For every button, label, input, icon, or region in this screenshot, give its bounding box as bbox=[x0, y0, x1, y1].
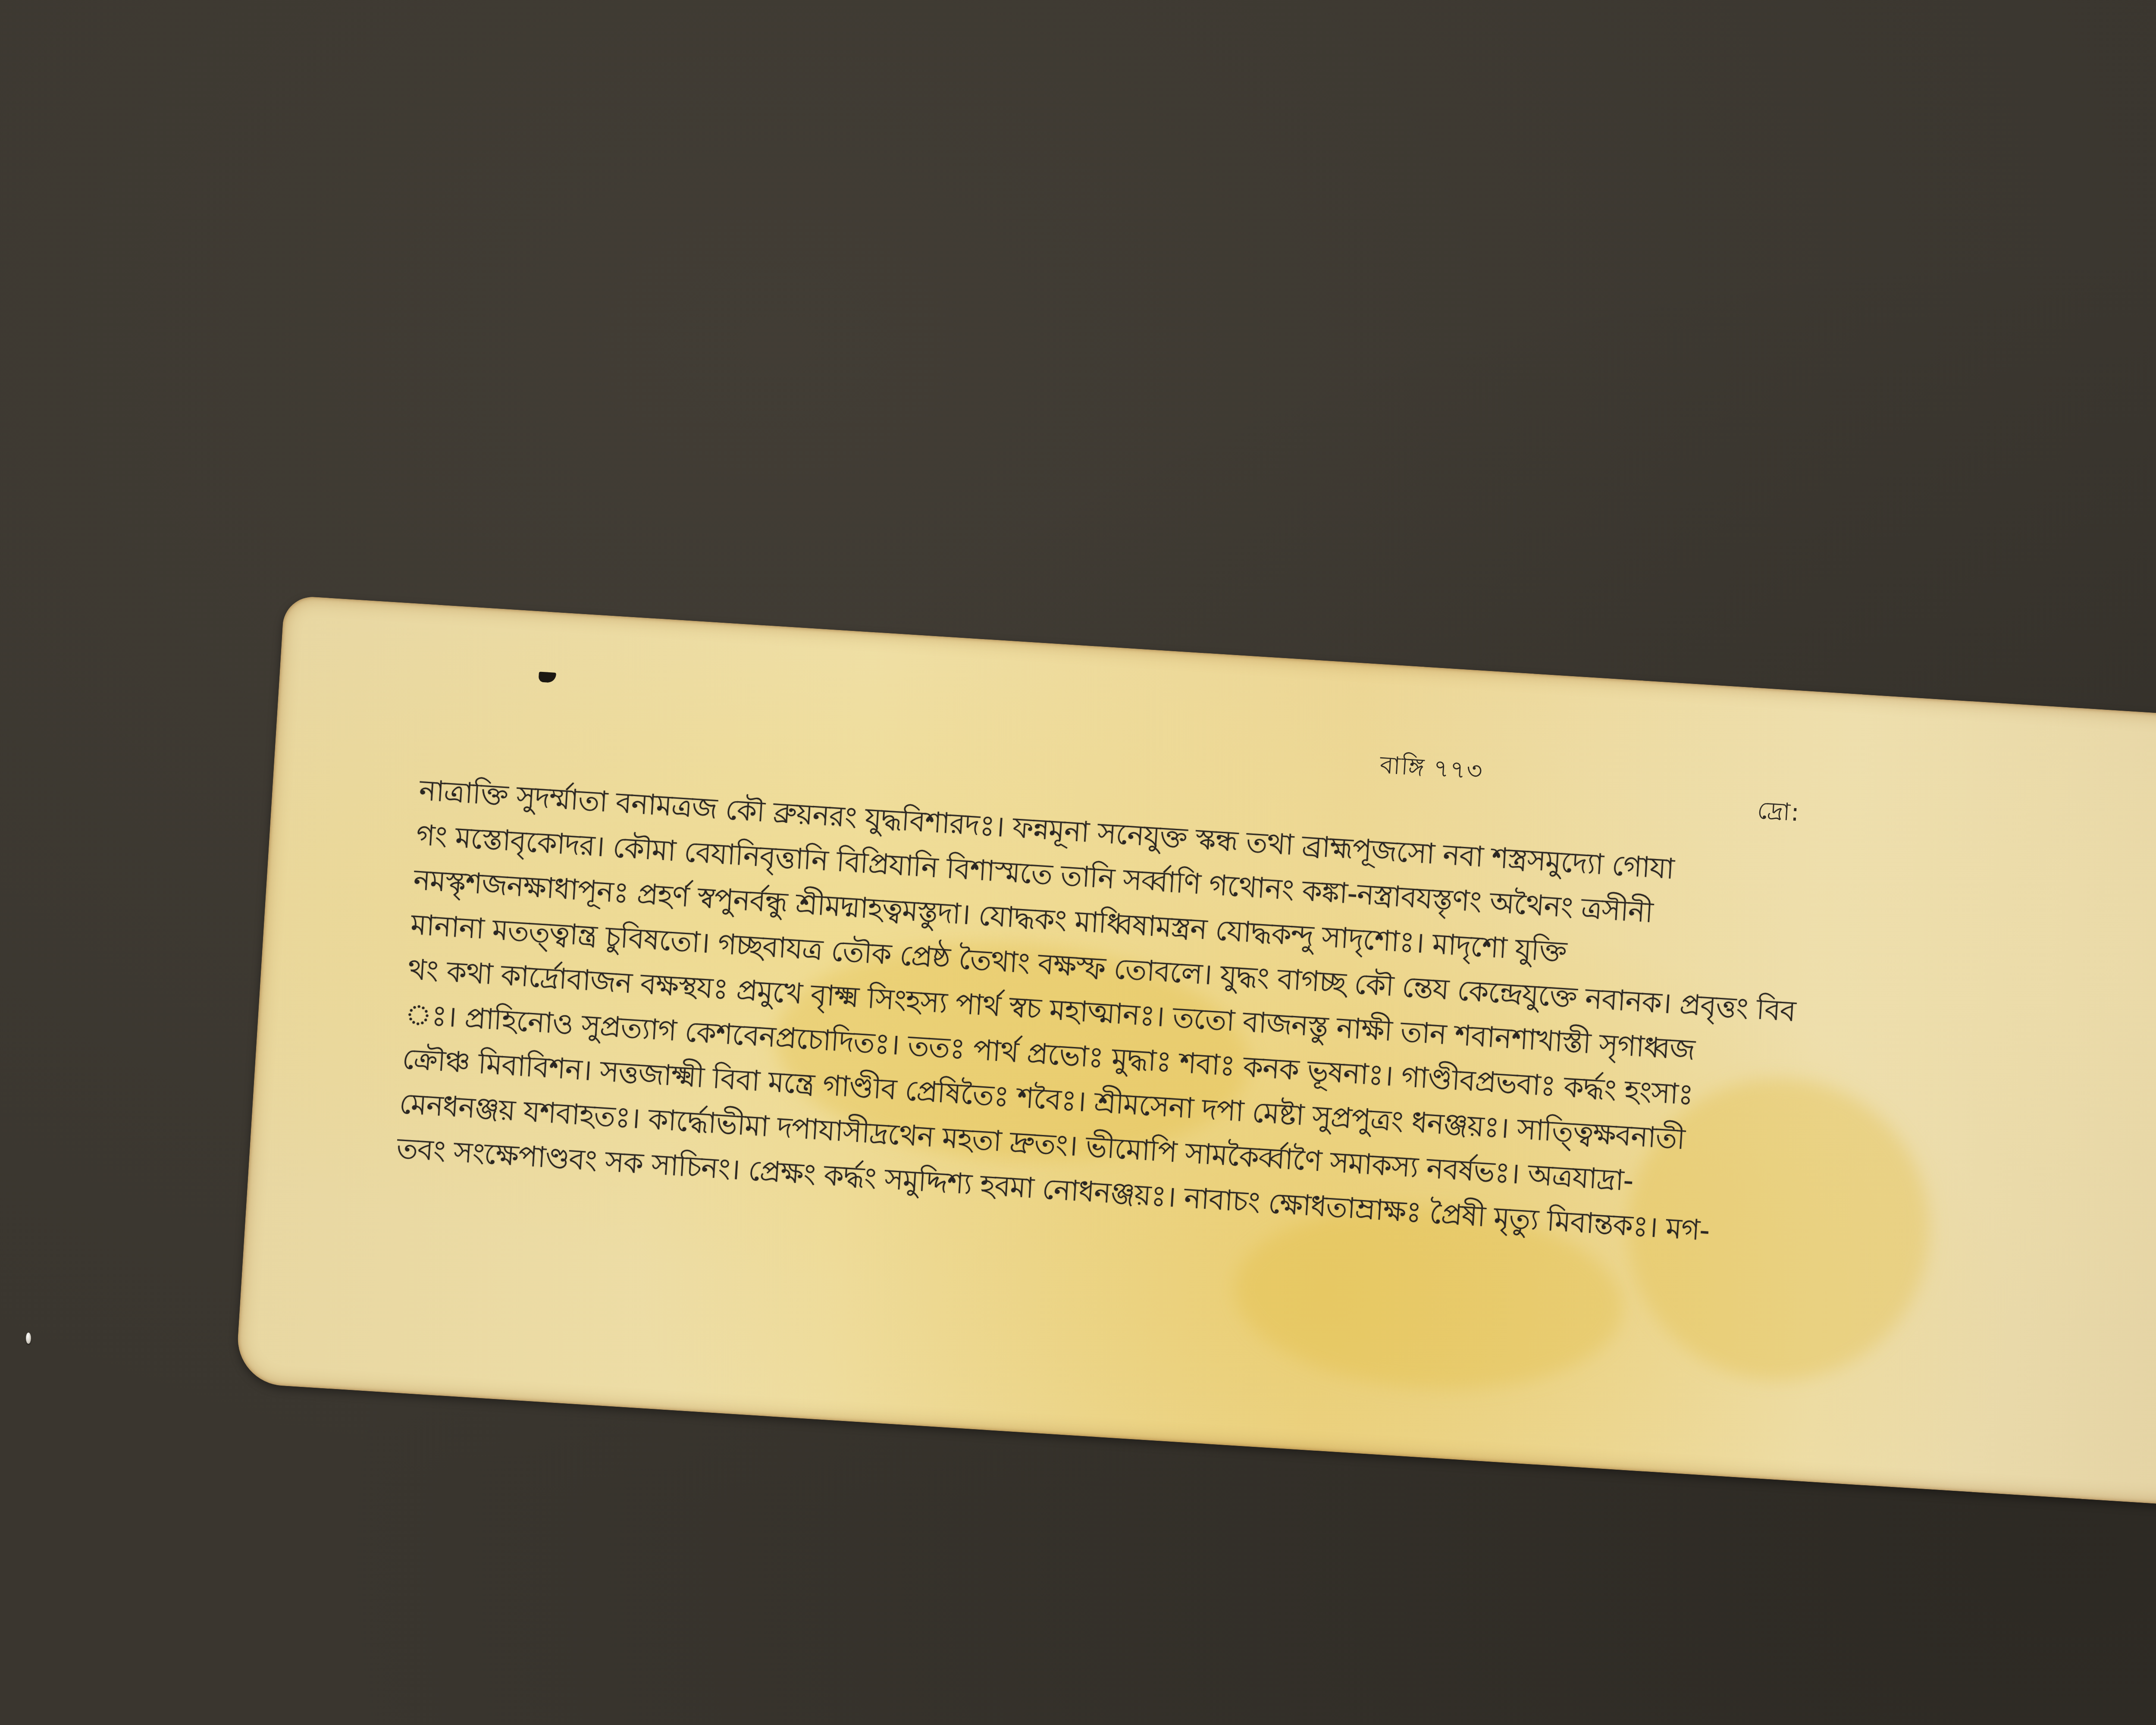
binding-hole bbox=[539, 671, 556, 683]
folio-number-mark: বাঙ্গি ৭৭৩ bbox=[1379, 746, 1484, 793]
manuscript-folio: বাঙ্গি ৭৭৩ দ্রো: নাত্রাক্তি সুদর্ম্মাতা … bbox=[235, 595, 2156, 1506]
folio-side-mark: দ্রো: bbox=[1756, 792, 1801, 835]
dark-mounting-board: বাঙ্গি ৭৭৩ দ্রো: নাত্রাক্তি সুদর্ম্মাতা … bbox=[0, 0, 2156, 1725]
mounting-pin bbox=[26, 1333, 31, 1344]
manuscript-text: নাত্রাক্তি সুদর্ম্মাতা বনামত্রজ কৌ ব্রুয… bbox=[395, 768, 1970, 1268]
